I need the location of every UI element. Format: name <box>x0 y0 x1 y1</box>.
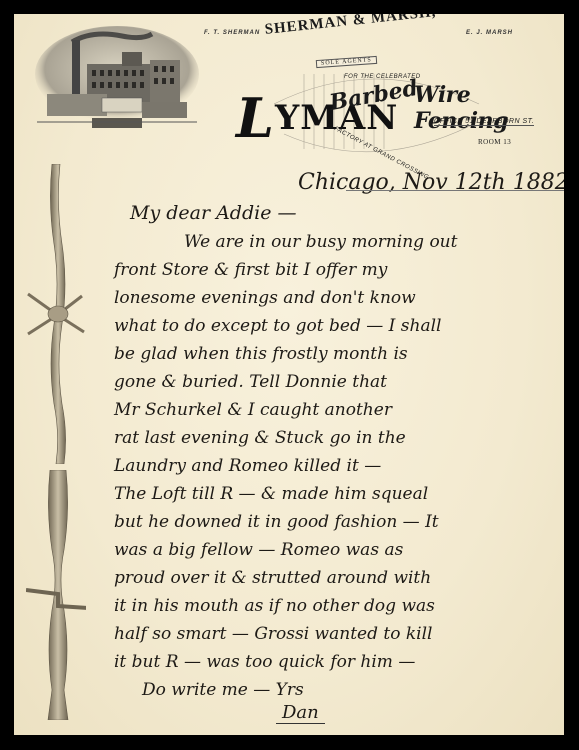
dateline-rule <box>346 190 564 191</box>
dateline-date: Nov 12th 1882 <box>403 170 564 195</box>
salutation: My dear Addie — <box>130 202 297 224</box>
letter-line: lonesome evenings and don't know <box>114 288 416 308</box>
letter-line: We are in our busy morning out <box>184 232 457 252</box>
letter-line: it in his mouth as if no other dog was <box>114 596 435 616</box>
brand-initial: L <box>236 86 275 150</box>
letter-line: The Loft till R — & made him squeal <box>114 484 428 504</box>
letter-line: Mr Schurkel & I caught another <box>114 400 392 420</box>
letter-line: be glad when this frostly month is <box>114 344 408 364</box>
letter-line: gone & buried. Tell Donnie that <box>114 372 387 392</box>
letter-line: it but R — was too quick for him — <box>114 652 415 672</box>
letter-page: F. T. SHERMAN E. J. MARSH SHERMAN & MA <box>14 14 564 735</box>
letter-line: rat last evening & Stuck go in the <box>114 428 406 448</box>
product-wire-fencing: Wire Fencing <box>414 82 564 134</box>
signature: Dan <box>276 702 325 724</box>
letter-line: proud over it & strutted around with <box>114 568 431 588</box>
letter-line: Do write me — Yrs <box>142 680 304 700</box>
partner-right: E. J. MARSH <box>466 30 513 36</box>
barbed-wire-lower-icon <box>26 470 86 720</box>
factory-engraving-icon <box>32 22 202 132</box>
office-address: OFFICE 51 DEARBORN ST. <box>434 118 534 126</box>
letter-line: front Store & first bit I offer my <box>114 260 387 280</box>
letter-line: half so smart — Grossi wanted to kill <box>114 624 432 644</box>
firm-name: SHERMAN & MARSH, <box>264 14 437 39</box>
barbed-wire-upper-icon <box>26 164 86 464</box>
letter-line: what to do except to got bed — I shall <box>114 316 441 336</box>
dateline: Chicago, Nov 12th 1882 <box>298 170 564 195</box>
dateline-city: Chicago, <box>298 170 396 195</box>
letter-line: Laundry and Romeo killed it — <box>114 456 381 476</box>
room-number: ROOM 13 <box>478 138 511 146</box>
letter-line: but he downed it in good fashion — It <box>114 512 439 532</box>
partner-left: F. T. SHERMAN <box>204 30 260 36</box>
letter-line: was a big fellow — Romeo was as <box>114 540 403 560</box>
